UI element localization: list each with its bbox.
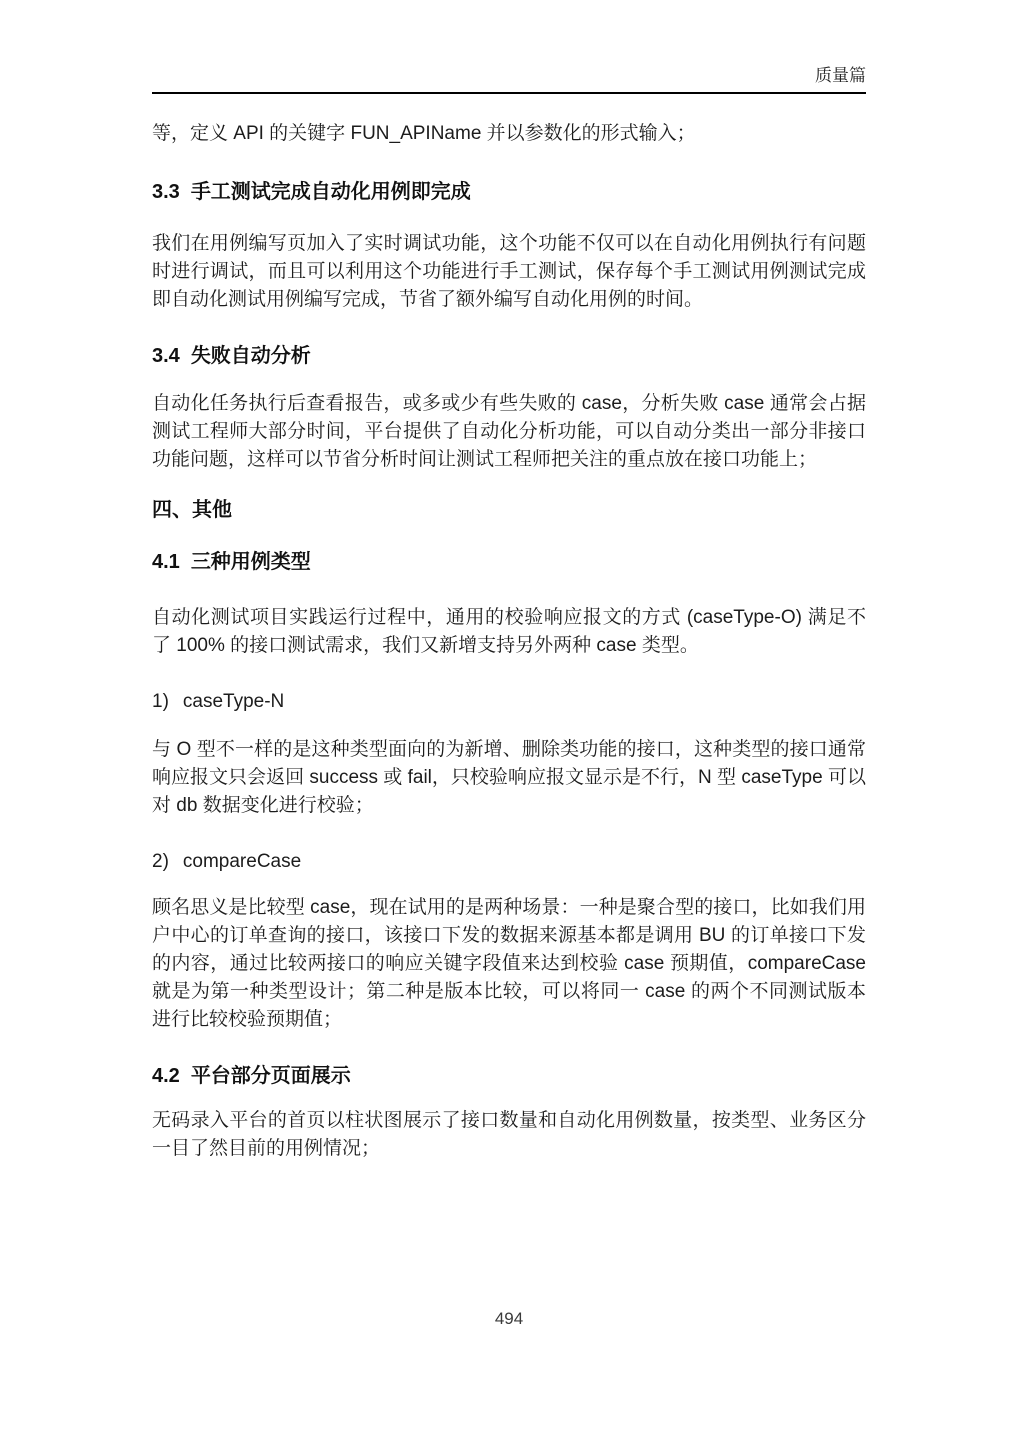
document-page: 质量篇 等，定义 API 的关键字 FUN_APIName 并以参数化的形式输入… — [0, 0, 1019, 1440]
running-header-title: 质量篇 — [815, 66, 866, 85]
paragraph-intro: 等，定义 API 的关键字 FUN_APIName 并以参数化的形式输入； — [152, 120, 866, 148]
heading-title: 失败自动分析 — [191, 345, 311, 367]
heading-title: 手工测试完成自动化用例即完成 — [191, 181, 471, 203]
heading-title: 平台部分页面展示 — [191, 1065, 351, 1087]
paragraph-4-2: 无码录入平台的首页以柱状图展示了接口数量和自动化用例数量，按类型、业务区分一目了… — [152, 1107, 866, 1163]
list-item-text: caseType-N — [183, 691, 284, 712]
paragraph-comparecase: 顾名思义是比较型 case，现在试用的是两种场景：一种是聚合型的接口，比如我们用… — [152, 894, 866, 1034]
heading-number: 4.2 — [152, 1065, 180, 1087]
paragraph-3-3: 我们在用例编写页加入了实时调试功能，这个功能不仅可以在自动化用例执行有问题时进行… — [152, 230, 866, 314]
list-item-number: 2) — [152, 851, 169, 872]
heading-4-2: 4.2平台部分页面展示 — [152, 1062, 866, 1090]
heading-number: 四、 — [152, 499, 192, 521]
paragraph-casetype-n: 与 O 型不一样的是这种类型面向的为新增、删除类功能的接口，这种类型的接口通常响… — [152, 736, 866, 820]
heading-title: 三种用例类型 — [191, 551, 311, 573]
heading-title: 其他 — [192, 499, 232, 521]
heading-4-1: 4.1三种用例类型 — [152, 548, 866, 576]
heading-3-3: 3.3手工测试完成自动化用例即完成 — [152, 178, 866, 206]
header-rule — [152, 92, 866, 94]
list-item-text: compareCase — [183, 851, 301, 872]
paragraph-3-4: 自动化任务执行后查看报告，或多或少有些失败的 case，分析失败 case 通常… — [152, 390, 866, 474]
paragraph-4-1: 自动化测试项目实践运行过程中，通用的校验响应报文的方式 (caseType-O)… — [152, 604, 866, 660]
list-item-1: 1)caseType-N — [152, 688, 866, 716]
heading-chapter-4: 四、其他 — [152, 496, 866, 524]
page-content: 质量篇 等，定义 API 的关键字 FUN_APIName 并以参数化的形式输入… — [152, 0, 866, 1182]
heading-3-4: 3.4失败自动分析 — [152, 342, 866, 370]
page-footer: 494 — [152, 1308, 866, 1330]
page-number: 494 — [495, 1309, 523, 1328]
running-header: 质量篇 — [152, 66, 866, 86]
heading-number: 4.1 — [152, 551, 180, 573]
heading-number: 3.4 — [152, 345, 180, 367]
list-item-number: 1) — [152, 691, 169, 712]
heading-number: 3.3 — [152, 181, 180, 203]
list-item-2: 2)compareCase — [152, 848, 866, 876]
